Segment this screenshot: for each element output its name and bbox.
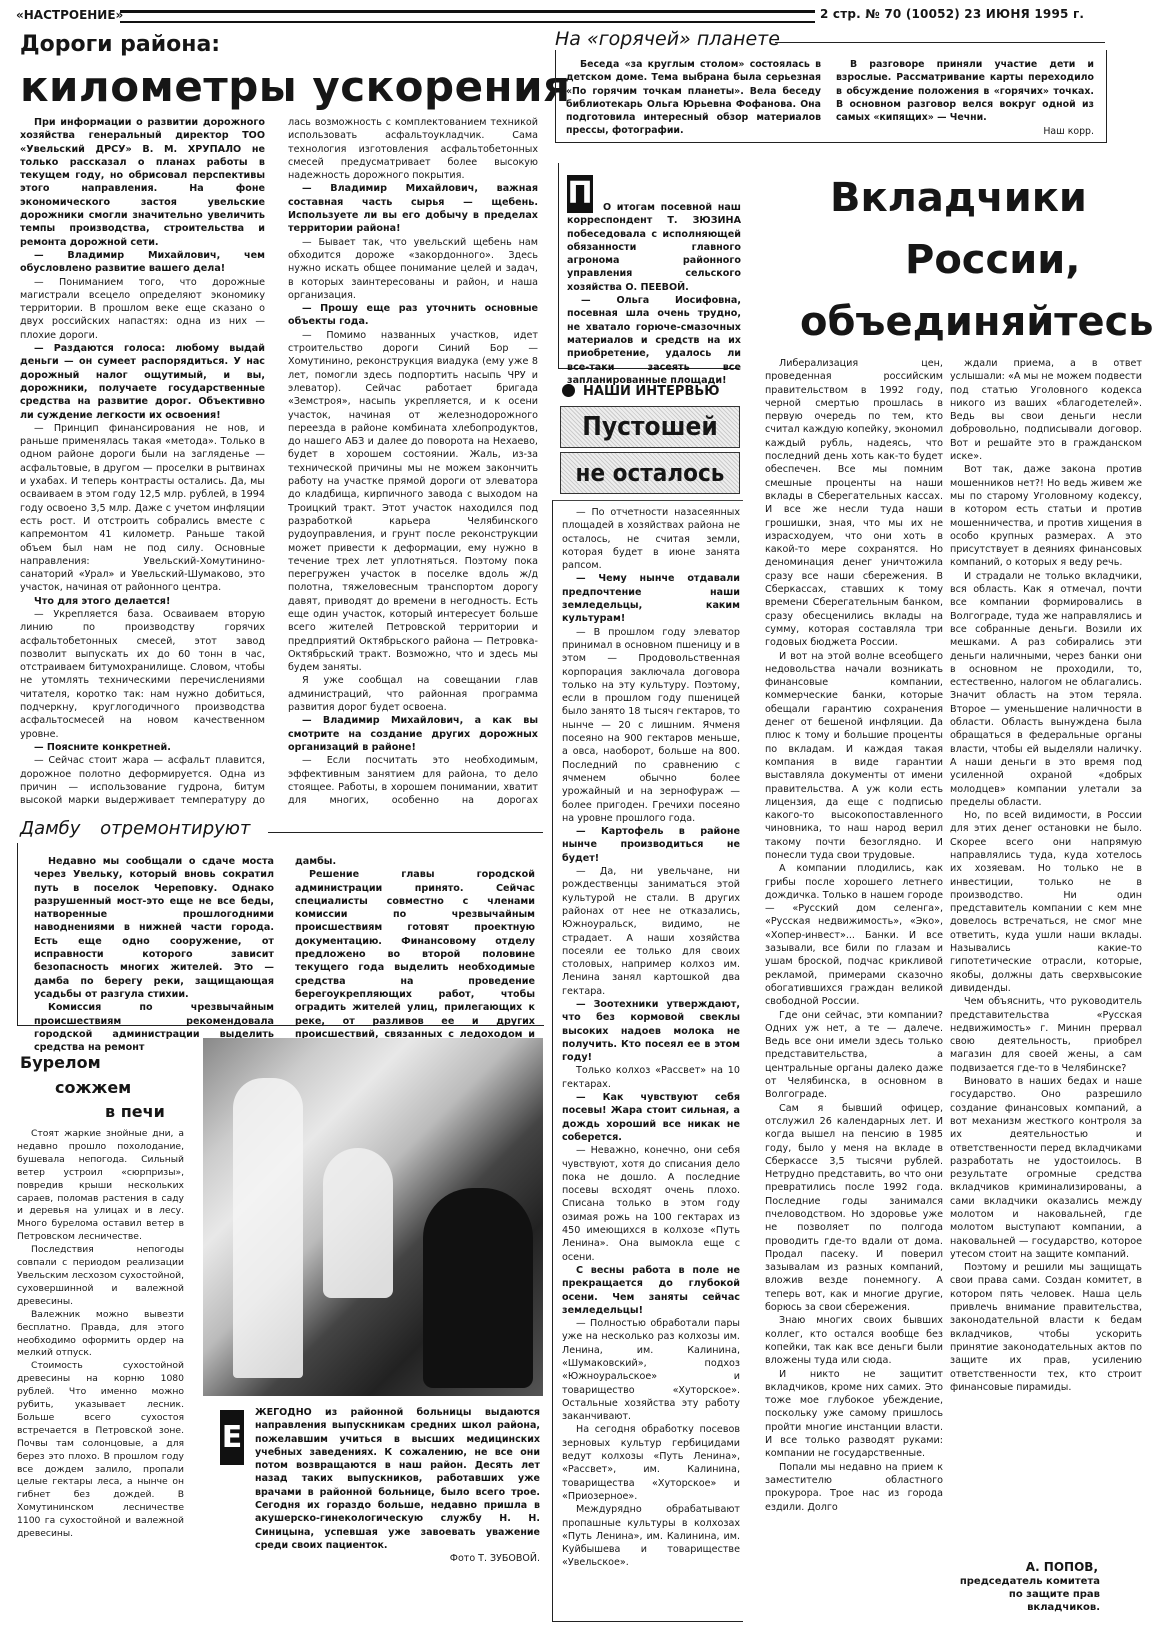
interview-rubric: НАШИ ИНТЕРВЬЮ: [562, 384, 720, 399]
windfall-title-2: сожжем: [55, 1078, 131, 1097]
paragraph: Стоят жаркие знойные дни, а недавно прош…: [17, 1128, 184, 1244]
paragraph: Решение главы городской администрации пр…: [295, 868, 535, 1054]
paragraph: И страдали не только вкладчики, вся обла…: [950, 570, 1142, 809]
bullet-icon: [562, 384, 575, 397]
paragraph: Только колхоз «Рассвет» на 10 гектарах.: [562, 1064, 740, 1091]
paragraph: На сегодня обработку посевов зерновых ку…: [562, 1423, 740, 1503]
paragraph: — Бывает так, что увельский щебень нам о…: [288, 236, 538, 302]
paragraph: Вот так, даже закона против мошенников н…: [950, 463, 1142, 569]
paragraph: лась возможность с комплектованием техни…: [288, 116, 538, 182]
investors-column-1: Либерализация цен, проведенная российски…: [765, 357, 943, 1612]
masthead-rule: [120, 10, 815, 23]
paragraph: При информации о развитии дорожного хозя…: [20, 116, 265, 249]
investors-title-3: объединяйтесь: [800, 302, 1154, 342]
photo-credit: Фото Т. ЗУБОВОЙ.: [255, 1552, 540, 1565]
paragraph: И вот на этой волне всеобщего недовольст…: [765, 650, 943, 863]
paragraph: Либерализация цен, проведенная российски…: [765, 357, 943, 650]
paragraph: — По отчетности назасеянных площадей в х…: [562, 506, 740, 572]
paragraph: дамбы.: [295, 855, 535, 868]
paragraph: Валежник можно вывезти бесплатно. Правда…: [17, 1309, 184, 1361]
paragraph: И никто не защитит вкладчиков, кроме них…: [765, 1368, 943, 1461]
paragraph: — Да, ни увельчане, ни рождественцы зани…: [562, 865, 740, 998]
investors-author: А. ПОПОВ,: [950, 1560, 1098, 1574]
paragraph: — Полностью обработали пары уже на неско…: [562, 1317, 740, 1423]
paragraph: Стоимость сухостойной древесины на корню…: [17, 1360, 184, 1541]
interview-lead-box: П О итогам посевной наш корреспондент Т.…: [558, 163, 739, 369]
issue-info: 2 стр. № 70 (10052) 23 ИЮНЯ 1995 г.: [820, 7, 1084, 21]
roads-column-2: лась возможность с комплектованием техни…: [288, 116, 538, 806]
paragraph: Чем объяснить, что руководитель представ…: [950, 995, 1142, 1075]
photo-figure-doctor: [233, 1078, 303, 1378]
paragraph: — Поясните конкретней.: [20, 741, 265, 754]
paragraph: Поэтому и решили мы защищать свои права …: [950, 1261, 1142, 1394]
paragraph: — В прошлом году элеватор принимал в осн…: [562, 626, 740, 825]
section-name: «НАСТРОЕНИЕ»: [16, 8, 123, 22]
paragraph: С весны работа в поле не прекращается до…: [562, 1264, 740, 1317]
planet-rule: [775, 42, 1105, 43]
dam-box: Недавно мы сообщали о сдаче моста через …: [17, 843, 544, 1026]
planet-box: Беседа «за круглым столом» состоялась в …: [555, 50, 1107, 143]
roads-title: километры ускорения: [20, 62, 570, 111]
paragraph: Я уже сообщал на совещании глав админист…: [288, 674, 538, 714]
paragraph: Что для этого делается!: [20, 595, 265, 608]
planet-signature: Наш корр.: [836, 125, 1094, 138]
photo-caption: ЖЕГОДНО из районной больницы выдаются на…: [255, 1406, 540, 1566]
photo-figure-patient: [423, 1188, 533, 1388]
paragraph: — Неважно, конечно, они себя чувствуют, …: [562, 1144, 740, 1264]
paragraph: — Принцип финансирования не нов, и раньш…: [20, 422, 265, 595]
investors-title-1: Вкладчики: [830, 178, 1087, 218]
paragraph: — Картофель в районе нынче производиться…: [562, 825, 740, 865]
planet-col-2: В разговоре приняли участие дети и взрос…: [836, 58, 1094, 139]
paragraph: — Чему нынче отдавали предпочтение наши …: [562, 572, 740, 625]
interview-body: — По отчетности назасеянных площадей в х…: [562, 506, 740, 1616]
windfall-title-1: Бурелом: [20, 1053, 101, 1072]
paragraph: Междурядно обрабатывают пропашные культу…: [562, 1503, 740, 1569]
investors-column-2: ждали приема, а в ответ услышали: «А мы …: [950, 357, 1142, 1527]
dam-column-2: дамбы.Решение главы городской администра…: [295, 855, 535, 1054]
paragraph: Где они сейчас, эти компании? Одних уж н…: [765, 1009, 943, 1102]
roads-column-1: При информации о развитии дорожного хозя…: [20, 116, 265, 806]
paragraph: Попали мы недавно на прием к заместителю…: [765, 1461, 943, 1514]
paragraph: — Сейчас стоит жара — асфальт плавится, …: [20, 754, 265, 806]
windfall-body: Стоят жаркие знойные дни, а недавно прош…: [17, 1128, 184, 1608]
paragraph: — Пониманием того, что дорожные магистра…: [20, 276, 265, 342]
planet-rubric: На «горячей» планете: [555, 28, 780, 50]
paragraph: Последствия непогоды совпали с периодом …: [17, 1244, 184, 1309]
interview-lead: О итогам посевной наш корреспондент Т. З…: [567, 175, 741, 387]
paragraph: ждали приема, а в ответ услышали: «А мы …: [950, 357, 1142, 463]
paragraph: Сам я бывший офицер, отслужил 26 календа…: [765, 1102, 943, 1315]
paragraph: — Укрепляется база. Осваиваем вторую лин…: [20, 608, 265, 741]
paragraph: — Владимир Михайлович, чем обусловлено р…: [20, 249, 265, 276]
interview-title-line2: не осталось: [560, 452, 740, 494]
dam-column-1: Недавно мы сообщали о сдаче моста через …: [34, 855, 274, 1054]
photo-figure-nurse: [323, 1148, 393, 1298]
paragraph: Знаю многих своих бывших коллег, кто ост…: [765, 1314, 943, 1367]
hospital-photo: [203, 1038, 543, 1396]
paragraph: — Владимир Михайлович, важная составная …: [288, 182, 538, 235]
paragraph: Но, по всей видимости, в России для этих…: [950, 809, 1142, 995]
paragraph: — Прошу еще раз уточнить основные объект…: [288, 302, 538, 329]
investors-title-2: России,: [905, 240, 1080, 280]
roads-kicker: Дороги района:: [20, 32, 220, 57]
windfall-title-3: в печи: [105, 1102, 165, 1121]
paragraph: — Владимир Михайлович, а как вы смотрите…: [288, 714, 538, 754]
interview-title-line1: Пустошей: [560, 406, 740, 448]
planet-col-1: Беседа «за круглым столом» состоялась в …: [566, 58, 821, 138]
dam-rule: [268, 832, 543, 833]
paragraph: — Как чувствуют себя посевы! Жара стоит …: [562, 1091, 740, 1144]
paragraph: Виновато в наших бедах и наше государств…: [950, 1075, 1142, 1261]
paragraph: — Раздаются голоса: любому выдай деньги …: [20, 342, 265, 422]
paragraph: Недавно мы сообщали о сдаче моста через …: [34, 855, 274, 1001]
caption-dropcap: Е: [220, 1410, 244, 1465]
investors-author-role: председатель комитета по защите прав вкл…: [955, 1575, 1100, 1614]
paragraph: — Зоотехники утверждают, что без кормово…: [562, 998, 740, 1064]
paragraph: — Помимо названных участков, идет строит…: [288, 329, 538, 675]
paragraph: А компании плодились, как грибы после хо…: [765, 862, 943, 1008]
dam-rubric: Дамбу отремонтируют: [20, 818, 250, 839]
paragraph: — Если посчитать это необходимым, эффект…: [288, 754, 538, 806]
